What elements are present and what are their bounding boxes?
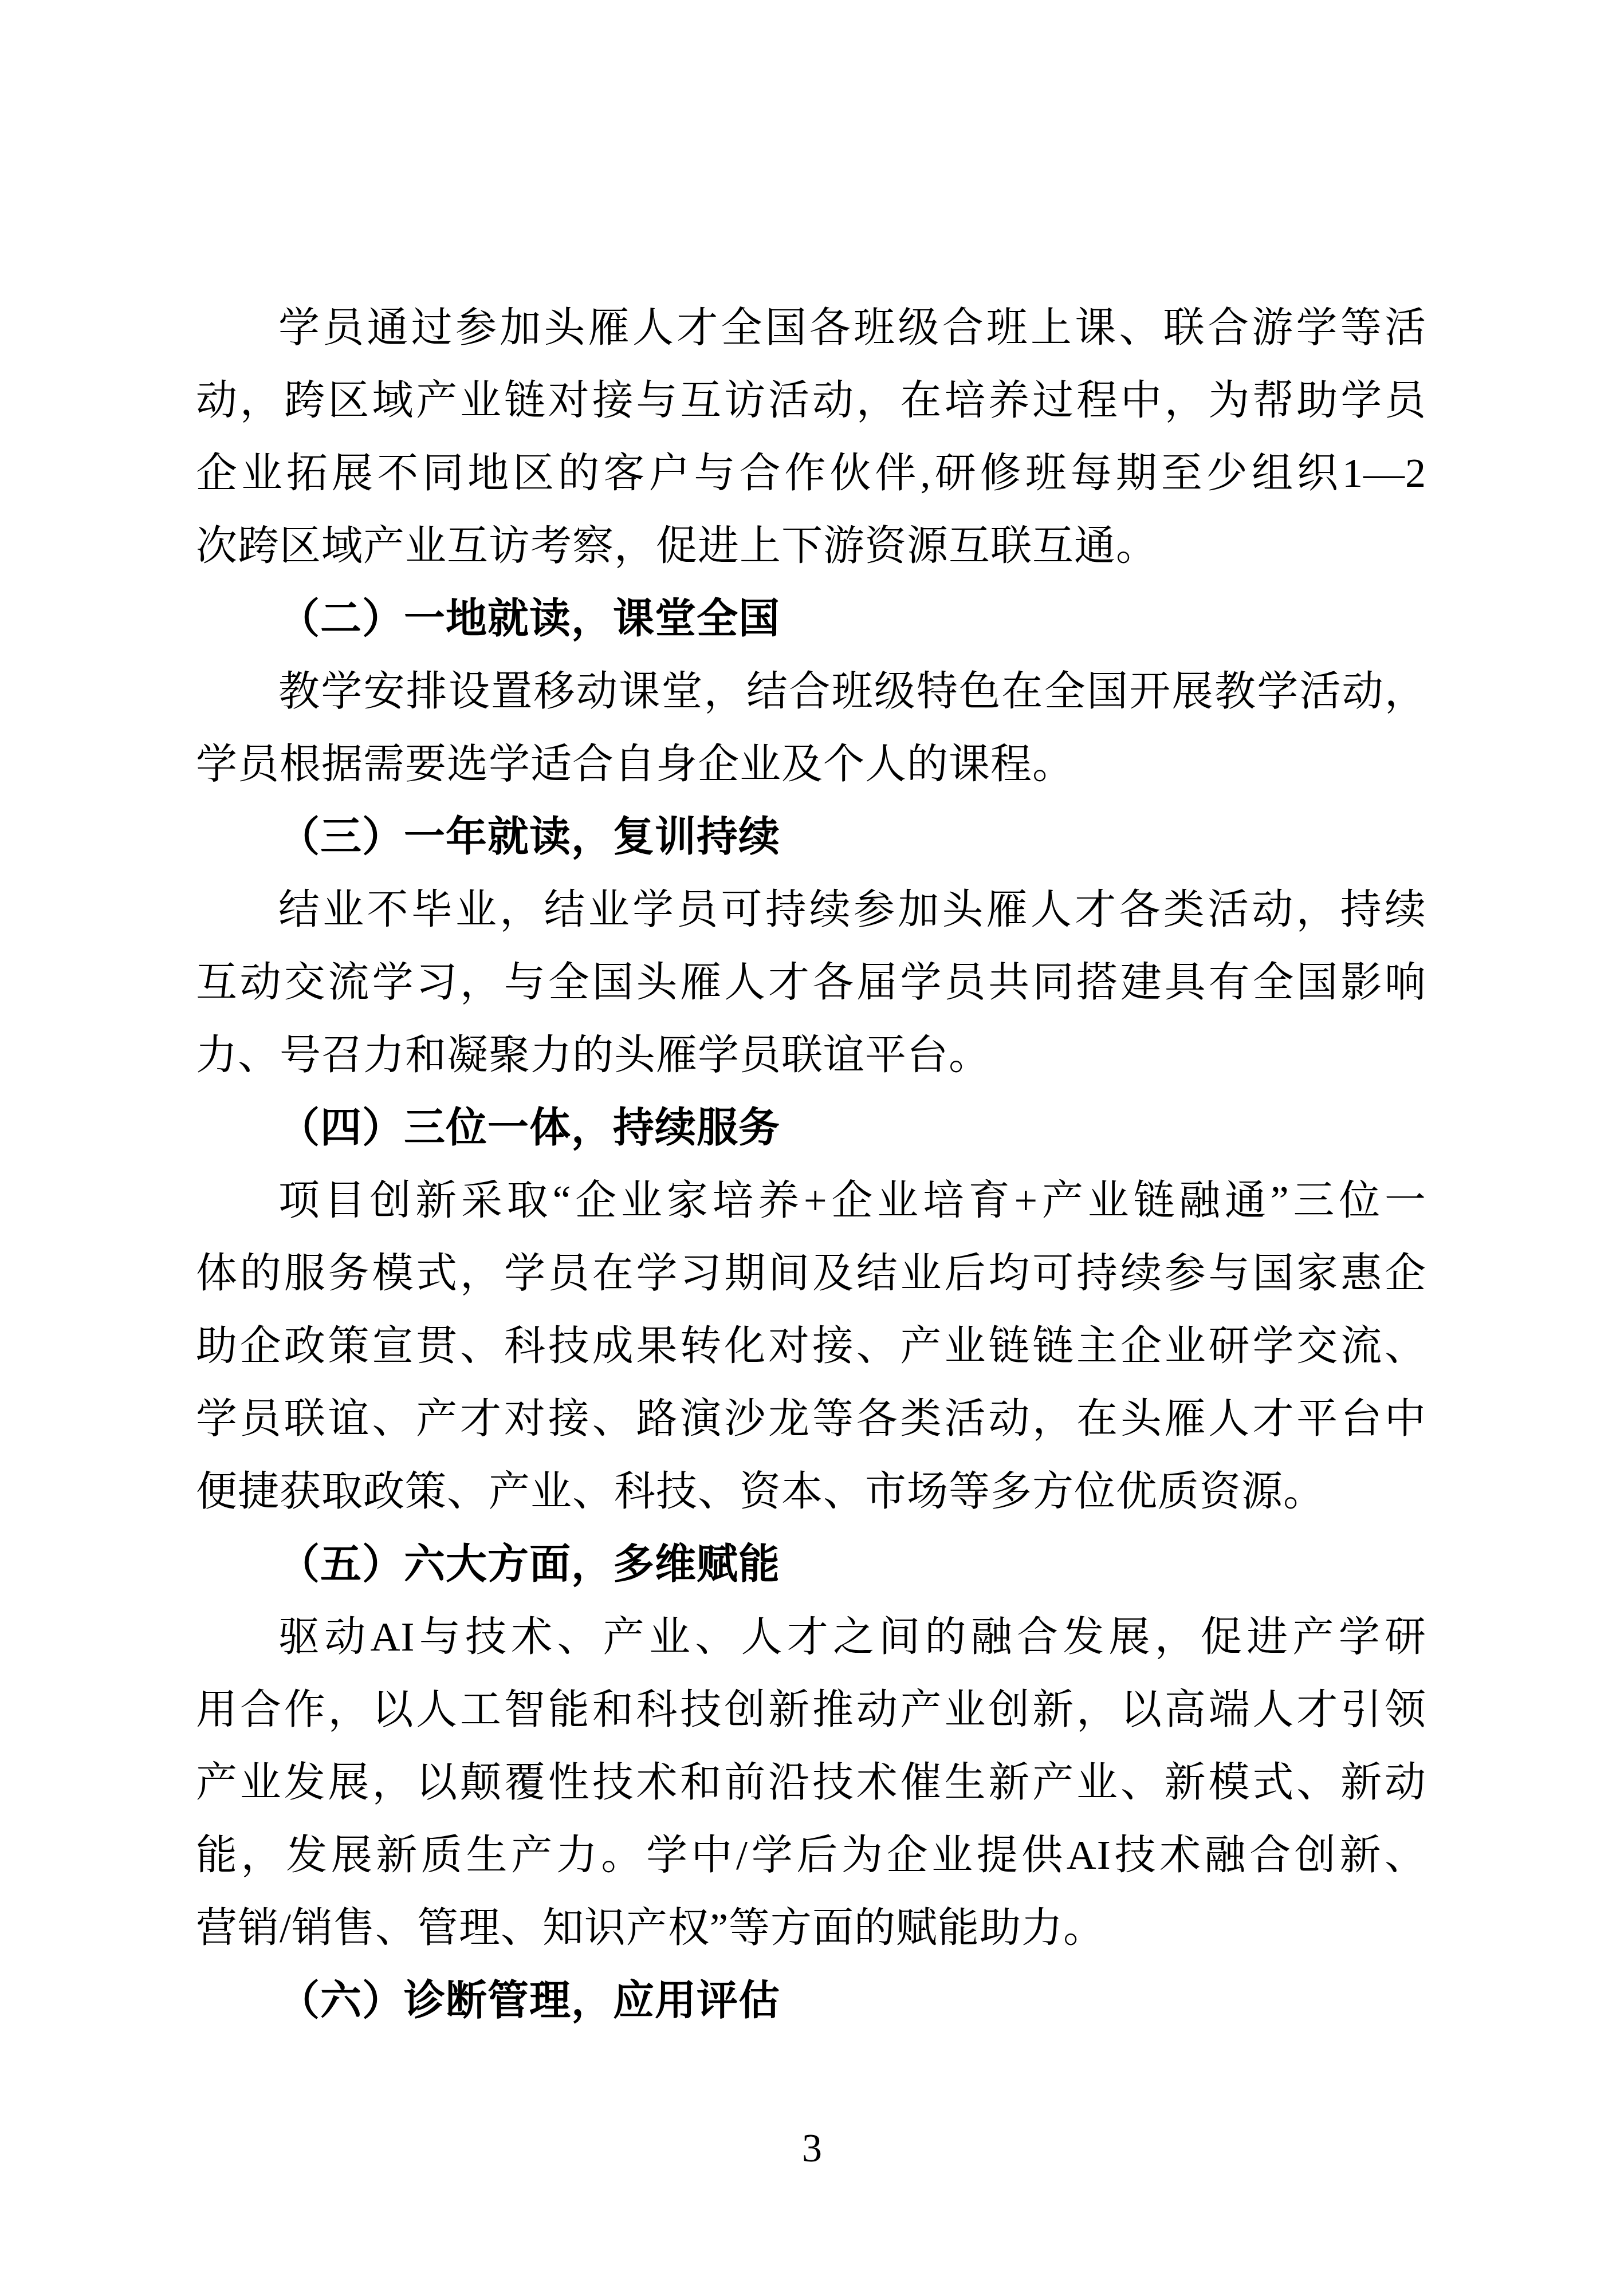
text-line: 便捷获取政策、产业、科技、资本、市场等多方位优质资源。 [196,1455,1426,1528]
text-line: 体的服务模式，学员在学习期间及结业后均可持续参与国家惠企 [196,1237,1426,1310]
section-heading: （六）诊断管理，应用评估 [196,1964,1426,2037]
text-line: 学员联谊、产才对接、路演沙龙等各类活动，在头雁人才平台中 [196,1383,1426,1455]
text-line: 营销/销售、管理、知识产权”等方面的赋能助力。 [196,1892,1426,1964]
text-line: 产业发展，以颠覆性技术和前沿技术催生新产业、新模式、新动 [196,1746,1426,1819]
page-number: 3 [0,2120,1624,2177]
text-line: 互动交流学习，与全国头雁人才各届学员共同搭建具有全国影响 [196,946,1426,1019]
section-heading: （四）三位一体，持续服务 [196,1092,1426,1164]
text-line: 助企政策宣贯、科技成果转化对接、产业链链主企业研学交流、 [196,1310,1426,1383]
text-line: 驱动AI与技术、产业、人才之间的融合发展，促进产学研 [196,1601,1426,1673]
text-line: 用合作，以人工智能和科技创新推动产业创新，以高端人才引领 [196,1673,1426,1746]
section-heading: （二）一地就读，课堂全国 [196,582,1426,655]
document-page: 学员通过参加头雁人才全国各班级合班上课、联合游学等活动，跨区域产业链对接与互访活… [0,0,1624,2296]
text-line: 动，跨区域产业链对接与互访活动，在培养过程中，为帮助学员 [196,364,1426,437]
text-line: 结业不毕业，结业学员可持续参加头雁人才各类活动，持续 [196,873,1426,946]
text-line: 企业拓展不同地区的客户与合作伙伴,研修班每期至少组织1—2 [196,437,1426,510]
section-heading: （五）六大方面，多维赋能 [196,1528,1426,1601]
section-heading: （三）一年就读，复训持续 [196,801,1426,873]
text-line: 项目创新采取“企业家培养+企业培育+产业链融通”三位一 [196,1164,1426,1237]
text-line: 学员通过参加头雁人才全国各班级合班上课、联合游学等活 [196,292,1426,364]
text-line: 能，发展新质生产力。学中/学后为企业提供AI技术融合创新、 [196,1819,1426,1892]
document-body: 学员通过参加头雁人才全国各班级合班上课、联合游学等活动，跨区域产业链对接与互访活… [196,292,1426,2037]
text-line: 学员根据需要选学适合自身企业及个人的课程。 [196,728,1426,801]
text-line: 次跨区域产业互访考察，促进上下游资源互联互通。 [196,510,1426,582]
text-line: 力、号召力和凝聚力的头雁学员联谊平台。 [196,1019,1426,1092]
text-line: 教学安排设置移动课堂，结合班级特色在全国开展教学活动， [196,655,1426,728]
